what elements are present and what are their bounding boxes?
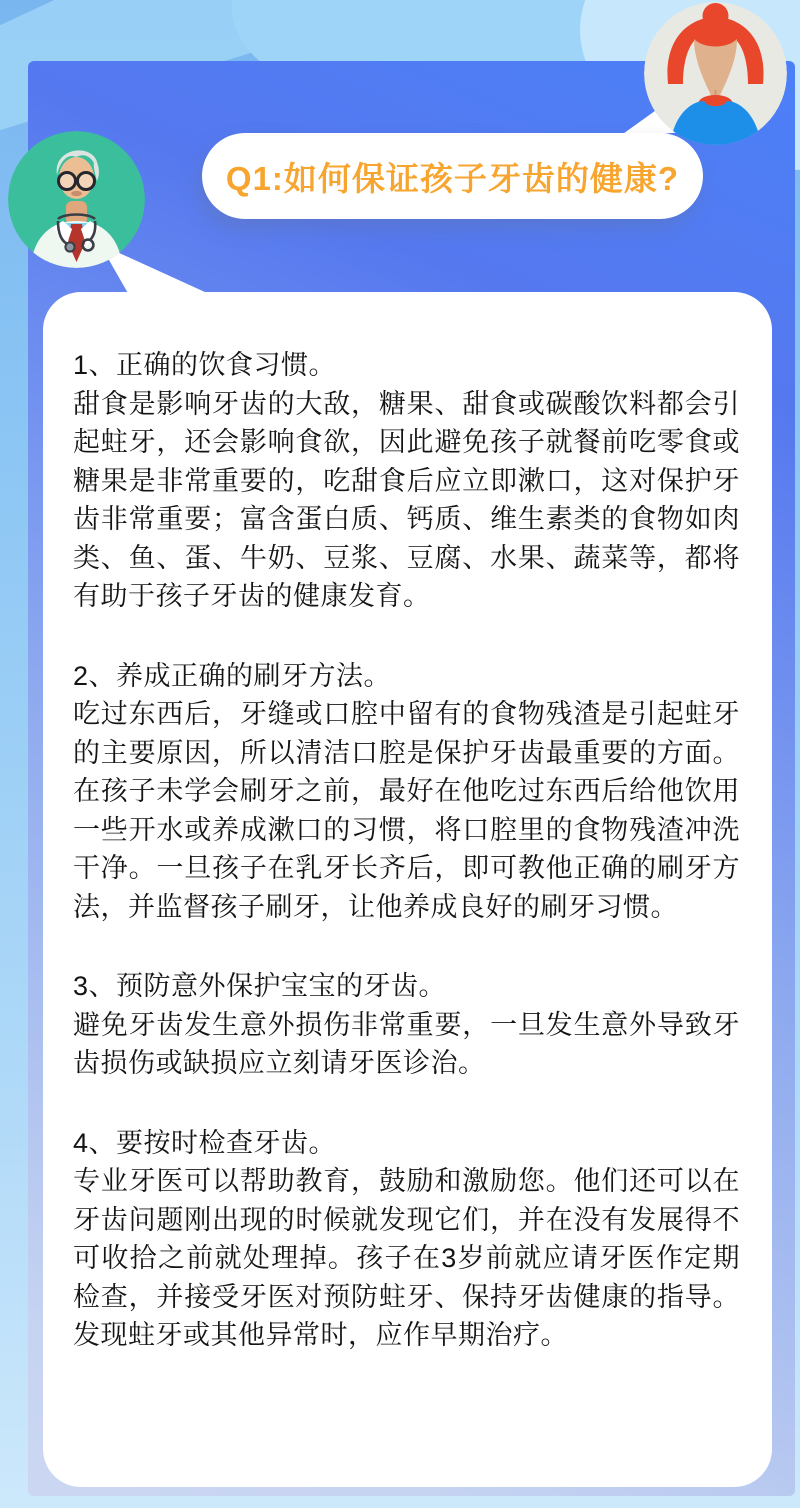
section-diet: 1、正确的饮食习惯。 甜食是影响牙齿的大敌，糖果、甜食或碳酸饮料都会引起蛀牙，还… — [73, 346, 740, 616]
section-title: 1、正确的饮食习惯。 — [73, 346, 740, 385]
section-body: 避免牙齿发生意外损伤非常重要，一旦发生意外导致牙齿损伤或缺损应立刻请牙医诊治。 — [73, 1006, 740, 1083]
section-checkups: 4、要按时检查牙齿。 专业牙医可以帮助教育，鼓励和激励您。他们还可以在牙齿问题刚… — [73, 1124, 740, 1355]
mother-avatar-graphic — [644, 2, 787, 145]
doctor-avatar-icon — [8, 131, 145, 268]
section-title: 2、养成正确的刷牙方法。 — [73, 657, 740, 696]
section-brushing: 2、养成正确的刷牙方法。 吃过东西后，牙缝或口腔中留有的食物残渣是引起蛀牙的主要… — [73, 657, 740, 927]
answer-card: 1、正确的饮食习惯。 甜食是影响牙齿的大敌，糖果、甜食或碳酸饮料都会引起蛀牙，还… — [43, 292, 772, 1487]
poster-root: { "header": { "question": "Q1:如何保证孩子牙齿的健… — [0, 0, 800, 1508]
question-bubble: Q1:如何保证孩子牙齿的健康? — [202, 133, 703, 219]
section-body: 吃过东西后，牙缝或口腔中留有的食物残渣是引起蛀牙的主要原因，所以清洁口腔是保护牙… — [73, 695, 740, 926]
section-body: 专业牙医可以帮助教育，鼓励和激励您。他们还可以在牙齿问题刚出现的时候就发现它们，… — [73, 1162, 740, 1355]
section-body: 甜食是影响牙齿的大敌，糖果、甜食或碳酸饮料都会引起蛀牙，还会影响食欲，因此避免孩… — [73, 385, 740, 616]
section-title: 3、预防意外保护宝宝的牙齿。 — [73, 967, 740, 1006]
mother-avatar-icon — [644, 2, 787, 145]
question-text: Q1:如何保证孩子牙齿的健康? — [226, 153, 679, 200]
section-title: 4、要按时检查牙齿。 — [73, 1124, 740, 1163]
doctor-avatar-graphic — [8, 131, 145, 268]
section-accidents: 3、预防意外保护宝宝的牙齿。 避免牙齿发生意外损伤非常重要，一旦发生意外导致牙齿… — [73, 967, 740, 1083]
